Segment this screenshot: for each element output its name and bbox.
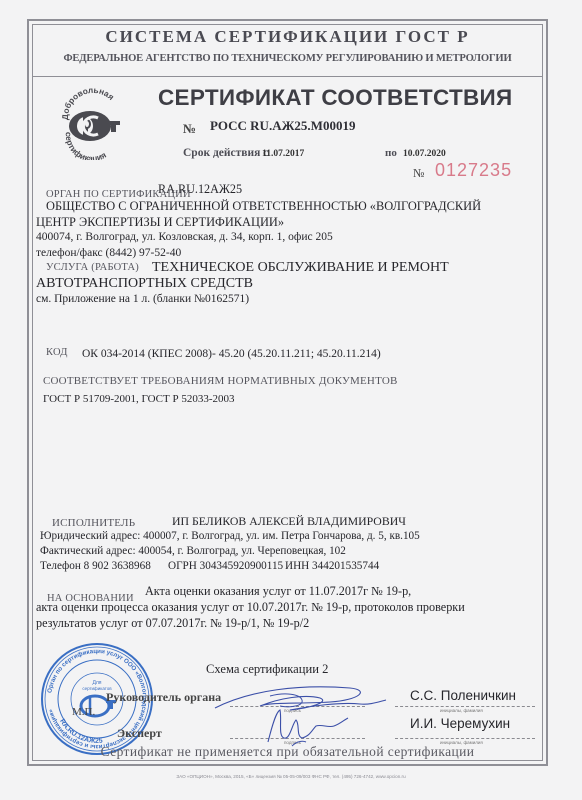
- head-name: С.С. Поленичкин: [410, 688, 516, 703]
- agency-title: ФЕДЕРАЛЬНОЕ АГЕНТСТВО ПО ТЕХНИЧЕСКОМУ РЕ…: [32, 53, 543, 64]
- basis-line-2: акта оценки процесса оказания услуг от 1…: [36, 600, 465, 615]
- valid-to-label: по: [385, 147, 397, 159]
- executor-name: ИП БЕЛИКОВ АЛЕКСЕЙ ВЛАДИМИРОВИЧ: [172, 514, 406, 529]
- service-label: УСЛУГА (РАБОТА): [46, 262, 139, 273]
- expert-name: И.И. Черемухин: [410, 716, 510, 731]
- executor-ogrn: ОГРН 304345920900115: [168, 560, 283, 572]
- expert-label: Эксперт: [117, 726, 162, 741]
- service-appendix: см. Приложение на 1 л. (бланки №0162571): [36, 293, 249, 305]
- head-label: Руководитель органа: [106, 690, 221, 705]
- basis-line-1: Акта оценки оказания услуг от 11.07.2017…: [145, 584, 411, 599]
- head-name-caption: инициалы, фамилия: [440, 708, 483, 713]
- compliance-label: СООТВЕТСТВУЕТ ТРЕБОВАНИЯМ НОРМАТИВНЫХ ДО…: [43, 375, 398, 387]
- valid-to-date: 10.07.2020: [403, 149, 446, 159]
- serial-number: 0127235: [435, 160, 512, 181]
- footer-note: Сертификат не применяется при обязательн…: [32, 744, 543, 760]
- service-line-2: АВТОТРАНСПОРТНЫХ СРЕДСТВ: [36, 276, 253, 292]
- certificate-number: РОСС RU.АЖ25.М00019: [210, 118, 355, 134]
- code-label: КОД: [46, 347, 68, 358]
- executor-legal-address: Юридический адрес: 400007, г. Волгоград,…: [40, 530, 420, 542]
- code-value: ОК 034-2014 (КПЕС 2008)- 45.20 (45.20.11…: [82, 348, 381, 360]
- certification-body-name-1: ОБЩЕСТВО С ОГРАНИЧЕННОЙ ОТВЕТСТВЕННОСТЬЮ…: [46, 199, 481, 214]
- rst-logo-icon: Добровольная сертификация: [58, 88, 126, 160]
- certificate-number-label: №: [183, 121, 196, 137]
- executor-actual-address: Фактический адрес: 400054, г. Волгоград,…: [40, 545, 346, 557]
- valid-from-date: 11.07.2017: [262, 149, 304, 159]
- basis-line-3: результатов услуг от 07.07.2017г. № 19-р…: [36, 616, 309, 631]
- compliance-standards: ГОСТ Р 51709-2001, ГОСТ Р 52033-2003: [43, 393, 235, 405]
- validity-label: Срок действия с: [183, 147, 268, 159]
- printer-imprint: ЗАО «ОПЦИОН», Москва, 2015, «Б» лицензия…: [0, 774, 582, 779]
- system-title: СИСТЕМА СЕРТИФИКАЦИИ ГОСТ Р: [32, 27, 543, 47]
- service-line-1: ТЕХНИЧЕСКОЕ ОБСЛУЖИВАНИЕ И РЕМОНТ: [152, 260, 449, 276]
- certification-body-address: 400074, г. Волгоград, ул. Козловская, д.…: [36, 231, 333, 243]
- mp-label: М.П.: [72, 706, 95, 718]
- certification-body-name-2: ЦЕНТР ЭКСПЕРТИЗЫ И СЕРТИФИКАЦИИ»: [36, 215, 284, 230]
- executor-inn: ИНН 344201535744: [285, 560, 379, 572]
- expert-name-line: [395, 738, 535, 739]
- certification-body-phone: телефон/факс (8442) 97-52-40: [36, 247, 181, 259]
- header-divider: [32, 76, 543, 77]
- executor-label: ИСПОЛНИТЕЛЬ: [52, 517, 135, 529]
- serial-label: №: [413, 166, 424, 181]
- certificate-title: СЕРТИФИКАТ СООТВЕТСТВИЯ: [158, 85, 512, 111]
- head-name-line: [395, 706, 535, 707]
- executor-phone: Телефон 8 902 3638968: [40, 560, 151, 572]
- certification-scheme: Схема сертификации 2: [206, 662, 328, 677]
